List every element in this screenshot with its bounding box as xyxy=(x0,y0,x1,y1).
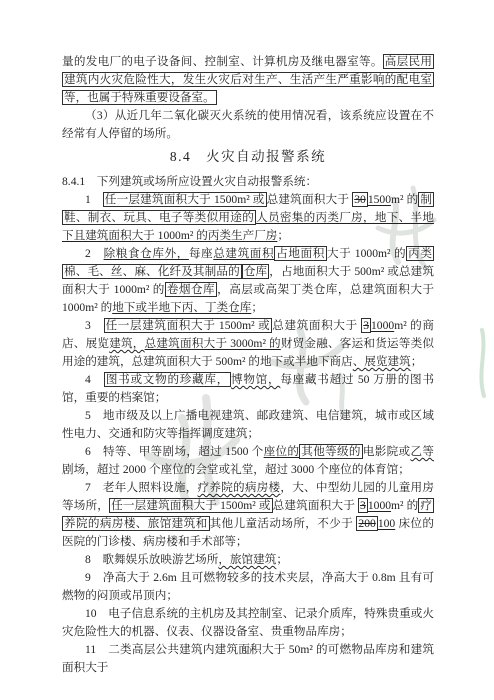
item-2-run: 丙类 xyxy=(406,246,434,261)
item-5-run: 5 地市级及以上广播电视建筑、邮政建筑、电信建筑，城市或区域性电力、交通和防灾等… xyxy=(62,409,434,440)
item-2-run: 总建筑面积 xyxy=(213,247,274,260)
para-continuation: 量的发电厂的电子设备间、控制室、计算机房及继电器室等。高层民用建筑内火灾危险性大… xyxy=(62,53,434,107)
item-3-run: 3 xyxy=(85,319,104,332)
item-7-run: 疗养院的病房楼 xyxy=(198,481,281,494)
item-2-run: ； xyxy=(251,301,263,314)
item-7-run: m² 的 xyxy=(391,499,418,512)
item-7-run: 3 xyxy=(358,498,368,513)
item-6: 6 特等、甲等剧场，超过 1500 个座位的其他等级的电影院或乙等剧场，超过 2… xyxy=(62,443,434,479)
item-3-run: 总建筑面积大于 3000m² 的 xyxy=(145,337,281,350)
item-1-run: m² 的 xyxy=(391,193,418,206)
item-10: 10 电子信息系统的主机房及其控制室、记录介质库，特殊贵重或火灾危险性大的机器、… xyxy=(62,605,434,641)
item-7-run: 其他儿童活动场所，不少于 xyxy=(210,517,357,530)
section-heading: 8.4 火灾自动报警系统 xyxy=(62,148,434,166)
item-3-run: ； xyxy=(411,355,423,368)
item-3-run: 3 xyxy=(361,318,371,333)
item-7-run: 200 xyxy=(356,516,377,531)
item-7-run: 100 xyxy=(378,517,395,530)
item-1-run: 1500 xyxy=(368,193,391,206)
item-2-run: 地下或半地下丙、丁类仓库 xyxy=(112,301,251,314)
item-7-run: 任一层建筑面积大于 1500m² 或 xyxy=(109,498,273,513)
item-7: 7 老年人照料设施，疗养院的病房楼，大、中型幼儿园的儿童用房等场所，任一层建筑面… xyxy=(62,479,434,551)
item-5: 5 地市级及以上广播电视建筑、邮政建筑、电信建筑，城市或区域性电力、交通和防灾等… xyxy=(62,407,434,443)
item-1-run: ； xyxy=(277,229,289,242)
item-1-run: 30 xyxy=(352,192,368,207)
item-7-run: 总建筑面积大于 xyxy=(273,499,358,512)
item-6-run: 其他等级的 xyxy=(299,444,363,459)
item-2-run: 大于 1000m² 的 xyxy=(327,247,406,260)
item-4-run: 4 xyxy=(85,373,104,386)
item-6-run: 剧场，超过 2000 个座位的会堂或礼堂，超过 3000 个座位的体育馆； xyxy=(62,463,410,476)
item-6-run: 电影院或 xyxy=(363,445,411,458)
item-10-run: 10 电子信息系统的主机房及其控制室、记录介质库，特殊贵重或火灾危险性大的机器、… xyxy=(62,607,434,638)
item-6-run: 乙等 xyxy=(410,445,434,458)
item-4-run: 图书或文物的珍藏库， xyxy=(104,372,231,387)
item-3-run: 建筑， xyxy=(109,337,144,350)
item-2: 2 除粮食仓库外，每座总建筑面积占地面积大于 1000m² 的丙类棉、毛、丝、麻… xyxy=(62,245,434,317)
item-2-run: 每座 xyxy=(189,247,213,260)
item-7-run: 7 老年人照料设施， xyxy=(85,481,198,494)
item-2-run: 卷烟仓库 xyxy=(165,282,217,297)
para-note-3-run: （3）从近几年二氧化碳灭火系统的使用情况看，该系统应设置在不经常有人停留的场所。 xyxy=(62,109,434,140)
section-heading-run: 8.4 火灾自动报警系统 xyxy=(170,149,326,164)
item-1-run: 任一层建筑面积大于 1500m² 或 xyxy=(103,192,267,207)
item-2-run: 仓库 xyxy=(242,264,269,279)
clause-8-4-1-run: 8.4.1 下列建筑或场所应设置火灾自动报警系统： xyxy=(62,175,317,188)
item-9-run: 9 净高大于 2.6m 且可燃物较多的技术夹层，净高大于 0.8m 且有可燃物的… xyxy=(62,571,434,602)
item-8-run: ，旅馆建筑 xyxy=(218,553,276,566)
item-6-run: 座位的 xyxy=(264,445,300,458)
item-6-run: 6 特等、甲等剧场，超过 1500 个 xyxy=(85,445,264,458)
item-8: 8 歌舞娱乐放映游艺场所，旅馆建筑； xyxy=(62,551,434,569)
page-number: 50 xyxy=(0,646,494,656)
item-1-run: 1 xyxy=(85,193,103,206)
item-1: 1 任一层建筑面积大于 1500m² 或总建筑面积大于 301500m² 的制鞋… xyxy=(62,191,434,245)
item-3-run: 任一层建筑面积大于 1500m² 或 xyxy=(104,318,273,333)
item-1-run: 总建筑面积大于 xyxy=(267,193,353,206)
clause-8-4-1: 8.4.1 下列建筑或场所应设置火灾自动报警系统： xyxy=(62,173,434,191)
item-3-run: 总建筑面积大于 xyxy=(272,319,361,332)
item-4-run: 博物馆， xyxy=(231,373,280,386)
document-body: 量的发电厂的电子设备间、控制室、计算机房及继电器室等。高层民用建筑内火灾危险性大… xyxy=(62,53,434,677)
item-2-run: 除粮食仓库外， xyxy=(104,247,189,260)
document-page: 量的发电厂的电子设备间、控制室、计算机房及继电器室等。高层民用建筑内火灾危险性大… xyxy=(0,0,494,700)
item-9: 9 净高大于 2.6m 且可燃物较多的技术夹层，净高大于 0.8m 且有可燃物的… xyxy=(62,569,434,605)
item-3-run: 、展览建筑 xyxy=(353,355,411,368)
item-3-run: 1000 xyxy=(371,319,394,332)
item-7-run: 1000 xyxy=(368,499,391,512)
item-4: 4 图书或文物的珍藏库，博物馆，每座藏书超过 50 万册的图书馆，重要的档案馆； xyxy=(62,371,434,407)
item-2-run: 占地面积 xyxy=(274,246,327,261)
item-3: 3 任一层建筑面积大于 1500m² 或总建筑面积大于 31000m² 的商店、… xyxy=(62,317,434,371)
item-8-run: 8 歌舞娱乐放映游艺场所 xyxy=(85,553,218,566)
para-note-3: （3）从近几年二氧化碳灭火系统的使用情况看，该系统应设置在不经常有人停留的场所。 xyxy=(62,107,434,143)
para-continuation-run: 量的发电厂的电子设备间、控制室、计算机房及继电器室等。 xyxy=(62,55,383,68)
item-8-run: ； xyxy=(276,553,288,566)
item-2-run: 2 xyxy=(85,247,104,260)
item-2-run: 棉、毛、丝、麻、化纤及其制品的 xyxy=(62,264,242,279)
